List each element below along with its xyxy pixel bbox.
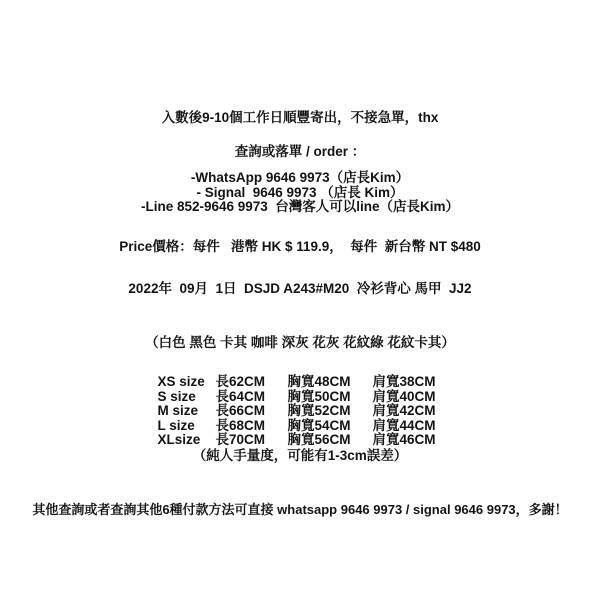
size-cell: L size [158, 419, 216, 434]
order-heading: 查詢或落單 / order ： [235, 145, 366, 160]
contact-list: -WhatsApp 9646 9973（店長Kim） - Signal 9646… [141, 171, 459, 215]
chest-cell: 胸寬56CM [288, 433, 373, 448]
color-options: （白色 黑色 卡其 咖啡 深灰 花灰 花紋綠 花紋卡其） [145, 336, 455, 351]
shoulder-cell: 肩寬40CM [373, 390, 443, 405]
size-cell: XLsize [158, 433, 216, 448]
contact-line: -Line 852-9646 9973 台灣客人可以line（店長Kim） [141, 200, 459, 215]
shoulder-cell: 肩寬38CM [373, 375, 443, 390]
length-cell: 長70CM [216, 433, 288, 448]
length-cell: 長66CM [216, 404, 288, 419]
size-cell: S size [158, 390, 216, 405]
size-table: XS size 長62CM 胸寬48CM 肩寬38CM S size 長64CM… [158, 375, 443, 448]
contact-signal: - Signal 9646 9973 （店長 Kim） [141, 186, 459, 201]
product-info-sheet: 入數後9-10個工作日順豐寄出，不接急單，thx 查詢或落單 / order ：… [0, 0, 600, 600]
size-cell: M size [158, 404, 216, 419]
shoulder-cell: 肩寬46CM [373, 433, 443, 448]
chest-cell: 胸寬50CM [288, 390, 373, 405]
measurement-note: （純人手量度，可能有1-3cm誤差） [193, 449, 408, 464]
chest-cell: 胸寬48CM [288, 375, 373, 390]
shipping-note: 入數後9-10個工作日順豐寄出，不接急單，thx [162, 111, 439, 126]
price-line: Price價格：每件 港幣 HK $ 119.9， 每件 新台幣 NT $480 [119, 240, 481, 255]
shoulder-cell: 肩寬42CM [373, 404, 443, 419]
chest-cell: 胸寬54CM [288, 419, 373, 434]
contact-whatsapp: -WhatsApp 9646 9973（店長Kim） [141, 171, 459, 186]
length-cell: 長64CM [216, 390, 288, 405]
footer-note: 其他查詢或者查詢其他6種付款方法可直接 whatsapp 9646 9973 /… [32, 503, 567, 518]
length-cell: 長68CM [216, 419, 288, 434]
shoulder-cell: 肩寬44CM [373, 419, 443, 434]
product-line: 2022年 09月 1日 DSJD A243#M20 冷衫背心 馬甲 JJ2 [128, 282, 471, 297]
chest-cell: 胸寬52CM [288, 404, 373, 419]
length-cell: 長62CM [216, 375, 288, 390]
size-cell: XS size [158, 375, 216, 390]
